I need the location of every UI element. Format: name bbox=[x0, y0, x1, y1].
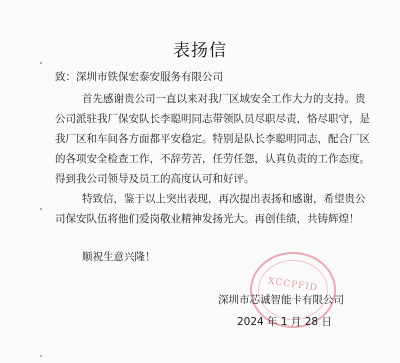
signature-company: 深圳市芯诚智能卡有限公司 bbox=[218, 292, 344, 307]
paragraph-line: 得到我公司领导及员工的高度认可和好评。 bbox=[55, 169, 335, 189]
scan-speck bbox=[40, 208, 42, 210]
letter-page: 表扬信 致：深圳市铁保宏泰安服务有限公司 首先感谢贵公司一直以来对我厂区域安全工… bbox=[0, 0, 400, 363]
signature-date: 2024 年 1 月 28 日 bbox=[237, 314, 332, 329]
closing-line: 顺祝生意兴隆！ bbox=[82, 249, 156, 264]
scan-speck bbox=[40, 355, 42, 357]
paragraph-2: 特致信，鉴于以上突出表现，再次提出表扬和感谢，希望贵公 司保安队伍将他们爱岗敬业… bbox=[55, 189, 335, 229]
scan-speck bbox=[40, 62, 42, 64]
paragraph-line: 公司派驻我厂保安队长李聪明同志带领队员尽职尽责，恪尽职守，是 bbox=[55, 109, 335, 129]
letter-title: 表扬信 bbox=[0, 36, 400, 61]
paragraph-line: 的各项安全检查工作，不辞劳苦，任劳任怨，认真负责的工作态度。 bbox=[55, 149, 335, 169]
paragraph-line: 首先感谢贵公司一直以来对我厂区域安全工作大力的支持。贵 bbox=[55, 89, 335, 109]
paragraph-line: 我厂区和车间各方面都平安稳定。特别是队长李聪明同志，配合厂区 bbox=[55, 129, 335, 149]
recipient-line: 致：深圳市铁保宏泰安服务有限公司 bbox=[55, 69, 223, 84]
paragraph-1: 首先感谢贵公司一直以来对我厂区域安全工作大力的支持。贵 公司派驻我厂保安队长李聪… bbox=[55, 89, 335, 189]
paragraph-line: 特致信，鉴于以上突出表现，再次提出表扬和感谢，希望贵公 bbox=[55, 189, 335, 209]
paragraph-line: 司保安队伍将他们爱岗敬业精神发扬光大。再创佳绩，共铸辉煌！ bbox=[55, 209, 335, 229]
